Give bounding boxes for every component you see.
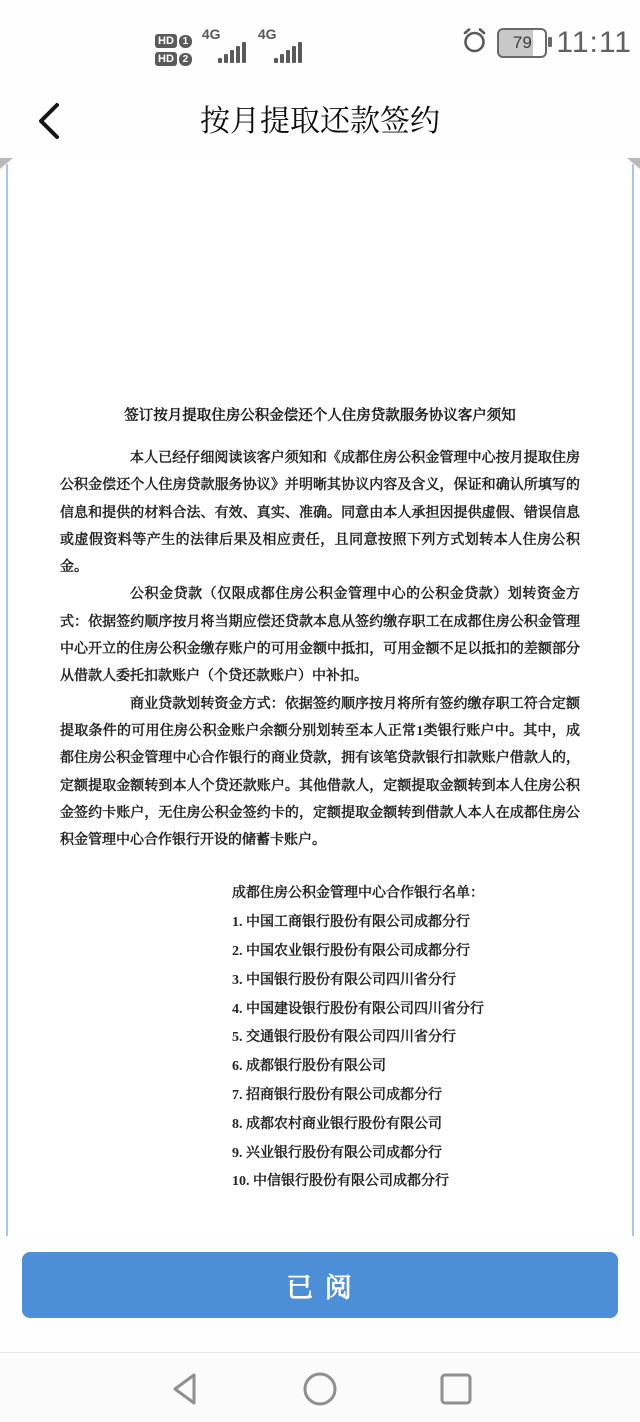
hd-icon: HD: [155, 52, 177, 66]
nav-recents-button[interactable]: [434, 1367, 478, 1411]
battery-icon: 79: [497, 28, 547, 58]
bank-list-title: 成都住房公积金管理中心合作银行名单：: [232, 880, 580, 909]
bank-list-item: 7. 招商银行股份有限公司成都分行: [232, 1082, 580, 1111]
document-title: 签订按月提取住房公积金偿还个人住房贷款服务协议客户须知: [60, 404, 580, 425]
phone-screen: HD 1 HD 2 4G 4G: [0, 0, 640, 1422]
network-type-label: 4G: [258, 26, 277, 42]
signal-bars-icon: [274, 42, 302, 63]
nav-back-button[interactable]: [162, 1367, 206, 1411]
bank-list-item: 8. 成都农村商业银行股份有限公司: [232, 1111, 580, 1140]
nav-recents-square-icon: [438, 1371, 474, 1407]
bank-list: 成都住房公积金管理中心合作银行名单： 1. 中国工商银行股份有限公司成都分行 2…: [60, 880, 580, 1197]
bank-list-item: 10. 中信银行股份有限公司成都分行: [232, 1168, 580, 1197]
document-scroll-area[interactable]: 签订按月提取住房公积金偿还个人住房贷款服务协议客户须知 本人已经仔细阅读该客户须…: [0, 158, 640, 1238]
document-right-border: [632, 164, 634, 1236]
hd-icon: HD: [155, 34, 177, 48]
clock-time: 11:11: [556, 26, 632, 60]
hd2-indicator: HD 2: [155, 52, 192, 66]
nav-home-button[interactable]: [298, 1367, 342, 1411]
document-paragraph: 公积金贷款（仅限成都住房公积金管理中心的公积金贷款）划转资金方式：依据签约顺序按…: [60, 581, 580, 690]
bank-list-item: 4. 中国建设银行股份有限公司四川省分行: [232, 996, 580, 1025]
alarm-icon: [461, 27, 488, 59]
hd1-indicator: HD 1: [155, 34, 192, 48]
bank-list-item: 9. 兴业银行股份有限公司成都分行: [232, 1140, 580, 1169]
bank-list-item: 2. 中国农业银行股份有限公司成都分行: [232, 938, 580, 967]
document-body: 签订按月提取住房公积金偿还个人住房贷款服务协议客户须知 本人已经仔细阅读该客户须…: [60, 404, 580, 1197]
document-left-border: [6, 164, 8, 1236]
status-bar: HD 1 HD 2 4G 4G: [0, 0, 640, 86]
battery-percent: 79: [513, 33, 532, 53]
header: 按月提取还款签约: [0, 86, 640, 158]
hd-indicators: HD 1 HD 2: [155, 34, 192, 66]
bank-list-item: 6. 成都银行股份有限公司: [232, 1053, 580, 1082]
battery-nub: [548, 37, 552, 47]
status-bar-left: HD 1 HD 2 4G 4G: [155, 26, 304, 66]
network-type-label: 4G: [202, 26, 221, 42]
sim2-badge: 2: [179, 53, 192, 66]
document-paragraph: 本人已经仔细阅读该客户须知和《成都住房公积金管理中心按月提取住房公积金偿还个人住…: [60, 445, 580, 581]
bank-list-item: 1. 中国工商银行股份有限公司成都分行: [232, 909, 580, 938]
document-paragraph: 商业贷款划转资金方式：依据签约顺序按月将所有签约缴存职工符合定额提取条件的可用住…: [60, 691, 580, 855]
status-bar-right: 79 11:11: [461, 26, 632, 60]
nav-back-triangle-icon: [167, 1370, 201, 1408]
signal-bars-icon: [218, 42, 246, 63]
signal-sim2: 4G: [258, 26, 304, 66]
bank-list-item: 5. 交通银行股份有限公司四川省分行: [232, 1024, 580, 1053]
bank-list-item: 3. 中国银行股份有限公司四川省分行: [232, 967, 580, 996]
nav-home-circle-icon: [301, 1370, 339, 1408]
signal-sim1: 4G: [202, 26, 248, 66]
confirm-read-button[interactable]: 已 阅: [22, 1252, 618, 1318]
android-nav-bar: [0, 1352, 640, 1422]
page-title: 按月提取还款签约: [0, 96, 640, 140]
sim1-badge: 1: [179, 35, 192, 48]
